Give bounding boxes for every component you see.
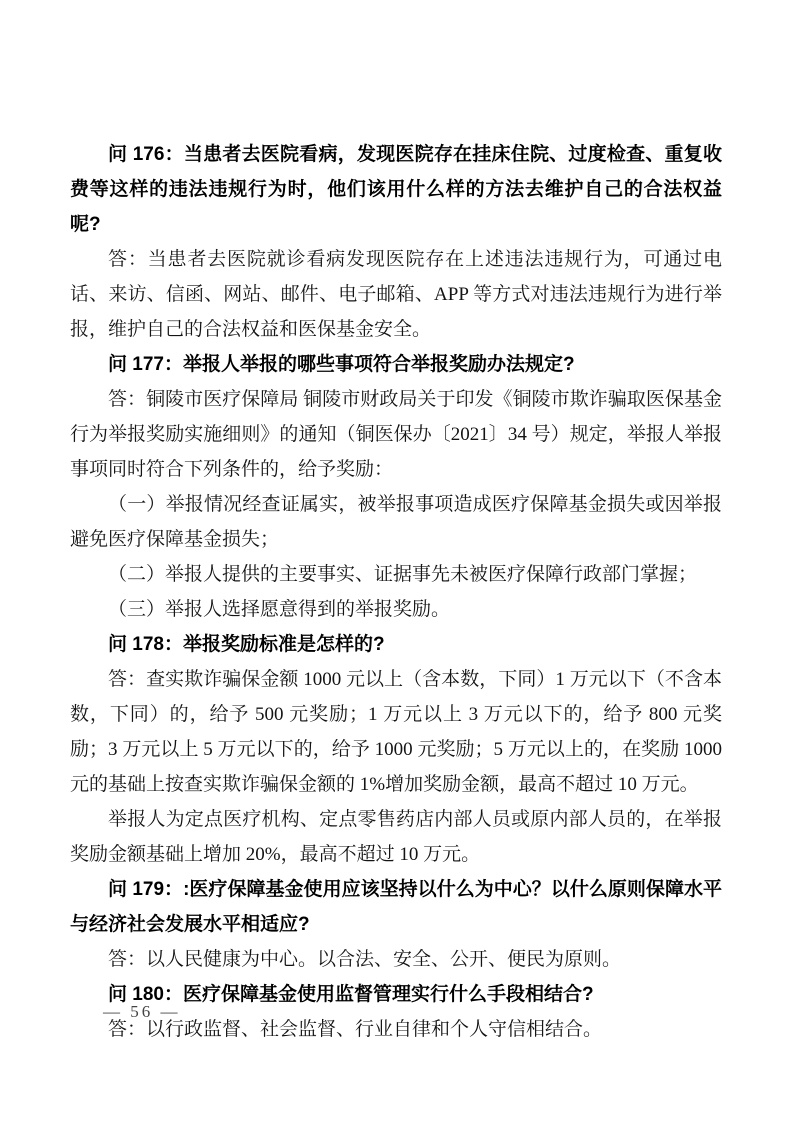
paragraph-question: 问 178：举报奖励标准是怎样的? <box>70 627 722 662</box>
paragraph-answer: （三）举报人选择愿意得到的举报奖励。 <box>70 592 722 627</box>
paragraph-answer: （一）举报情况经查证属实，被举报事项造成医疗保障基金损失或因举报避免医疗保障基金… <box>70 487 722 557</box>
paragraph-answer: 答：查实欺诈骗保金额 1000 元以上（含本数，下同）1 万元以下（不含本数，下… <box>70 662 722 802</box>
page-number: — 56 — <box>103 1002 181 1022</box>
document-body: 问 176：当患者去医院看病，发现医院存在挂床住院、过度检查、重复收费等这样的违… <box>70 137 722 1047</box>
document-page: 问 176：当患者去医院看病，发现医院存在挂床住院、过度检查、重复收费等这样的违… <box>0 0 793 1122</box>
paragraph-answer: 答：以人民健康为中心。以合法、安全、公开、便民为原则。 <box>70 942 722 977</box>
paragraph-question: 问 177：举报人举报的哪些事项符合举报奖励办法规定? <box>70 347 722 382</box>
paragraph-answer: 答：当患者去医院就诊看病发现医院存在上述违法违规行为，可通过电话、来访、信函、网… <box>70 242 722 347</box>
paragraph-question: 问 176：当患者去医院看病，发现医院存在挂床住院、过度检查、重复收费等这样的违… <box>70 137 722 242</box>
paragraph-question: 问 179：:医疗保障基金使用应该坚持以什么为中心？以什么原则保障水平与经济社会… <box>70 872 722 942</box>
paragraph-answer: （二）举报人提供的主要事实、证据事先未被医疗保障行政部门掌握； <box>70 557 722 592</box>
paragraph-answer: 举报人为定点医疗机构、定点零售药店内部人员或原内部人员的，在举报奖励金额基础上增… <box>70 802 722 872</box>
paragraph-answer: 答：铜陵市医疗保障局 铜陵市财政局关于印发《铜陵市欺诈骗取医保基金行为举报奖励实… <box>70 382 722 487</box>
